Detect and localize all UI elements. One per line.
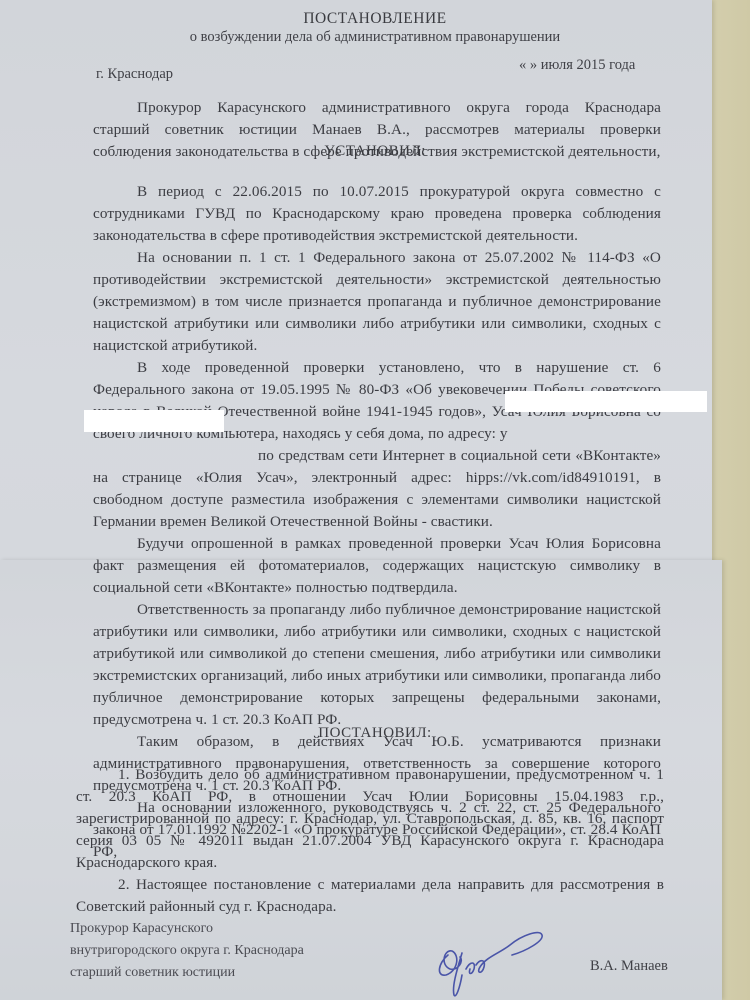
redacted-address-part-1 xyxy=(505,391,707,412)
handwritten-signature-icon xyxy=(430,925,560,1000)
signatory-position-line-1: Прокурор Карасунского xyxy=(70,918,304,940)
signatory-position-line-2: внутригородского округа г. Краснодара xyxy=(70,940,304,962)
paragraph-questioning: Будучи опрошенной в рамках проведенной п… xyxy=(93,533,661,599)
paragraph-violation-cont: по средствам сети Интернет в социальной … xyxy=(93,445,661,533)
paragraph-inspection-period: В период с 22.06.2015 по 10.07.2015 прок… xyxy=(93,181,661,247)
paragraph-legal-basis: На основании п. 1 ст. 1 Федерального зак… xyxy=(93,247,661,357)
signatory-position-line-3: старший советник юстиции xyxy=(70,962,304,984)
resolved-item-1: 1. Возбудить дело об административном пр… xyxy=(76,764,664,874)
established-heading: УСТАНОВИЛ: xyxy=(0,140,750,162)
resolved-heading: ПОСТАНОВИЛ: xyxy=(0,722,750,744)
established-section: В период с 22.06.2015 по 10.07.2015 прок… xyxy=(93,181,661,863)
resolved-item-2: 2. Настоящее постановление с материалами… xyxy=(76,874,664,918)
document-city: г. Краснодар xyxy=(96,66,173,83)
paragraph-liability: Ответственность за пропаганду либо публи… xyxy=(93,599,661,731)
document-date: « » июля 2015 года xyxy=(519,57,635,74)
resolved-section: 1. Возбудить дело об административном пр… xyxy=(76,764,664,918)
document-title: ПОСТАНОВЛЕНИЕ xyxy=(0,8,750,30)
document-subtitle: о возбуждении дела об административном п… xyxy=(0,29,750,46)
signatory-position: Прокурор Карасунского внутригородского о… xyxy=(70,918,304,984)
signatory-name: В.А. Манаев xyxy=(590,958,668,975)
redacted-address-part-2 xyxy=(84,410,224,432)
